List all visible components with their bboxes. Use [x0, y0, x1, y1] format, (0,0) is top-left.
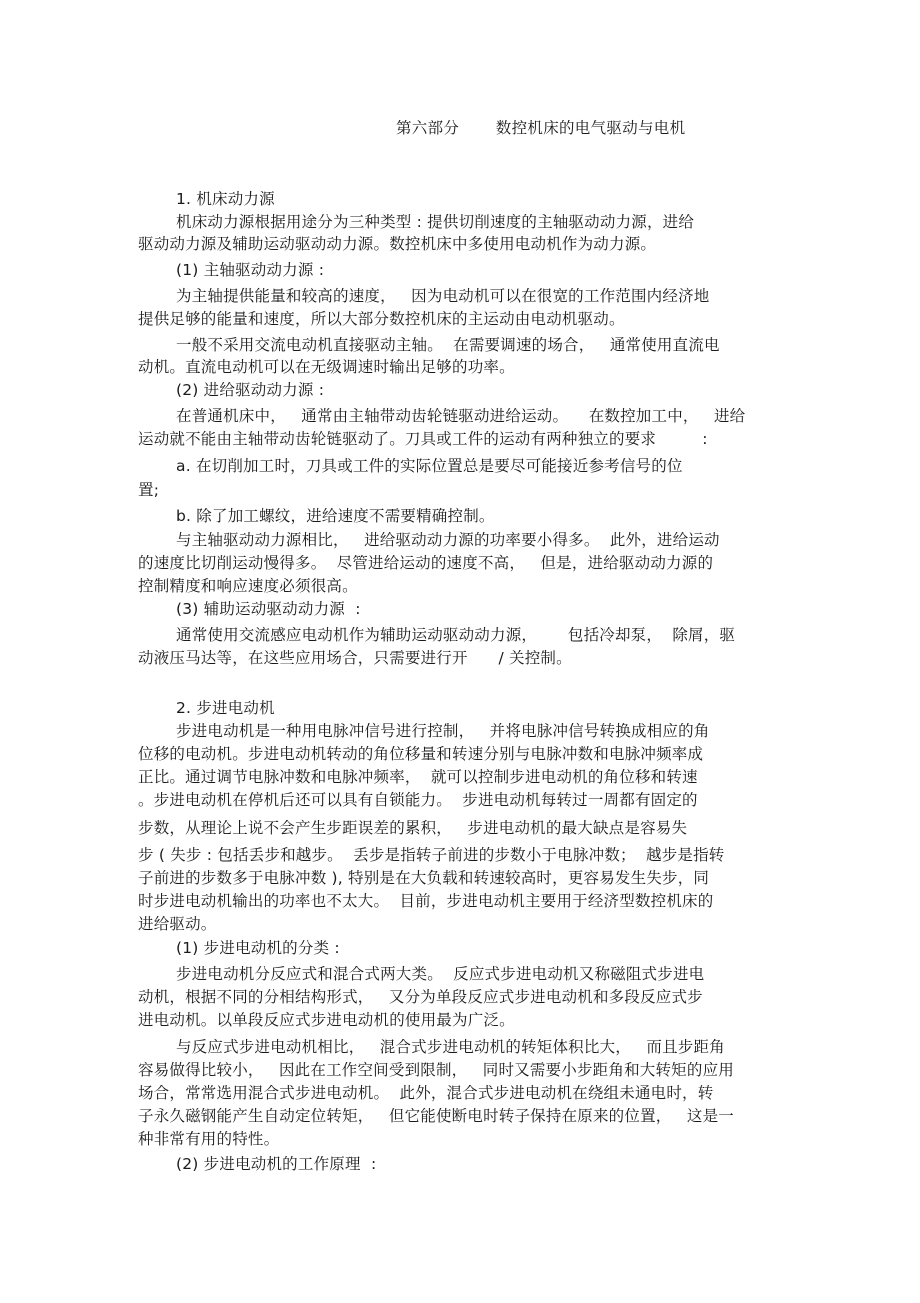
text-line: 正比。通过调节电脉冲数和电脉冲频率， 就可以控制步进电动机的角位移和转速 — [138, 767, 698, 787]
text-line: 。步进电动机在停机后还可以具有自锁能力。 步进电动机每转过一周都有固定的 — [138, 790, 698, 810]
text-line: 场合，常常选用混合式步进电动机。 此外，混合式步进电动机在绕组未通电时，转 — [138, 1083, 713, 1103]
text-line: (2) 步进电动机的工作原理 : — [176, 1154, 376, 1174]
text-line: 2. 步进电动机 — [176, 698, 275, 718]
text-line: 时步进电动机输出的功率也不太大。 目前，步进电动机主要用于经济型数控机床的 — [138, 891, 713, 911]
text-line: (3) 辅助运动驱动动力源 : — [176, 599, 361, 619]
text-line: 与反应式步进电动机相比， 混合式步进电动机的转矩体积比大， 而且步距角 — [176, 1037, 725, 1057]
text-line: 1. 机床动力源 — [176, 189, 275, 209]
text-line: 机床动力源根据用途分为三种类型 : 提供切削速度的主轴驱动动力源，进给 — [176, 212, 694, 232]
text-line: 动机，根据不同的分相结构形式， 又分为单段反应式步进电动机和多段反应式步 — [138, 987, 703, 1007]
text-line: 动液压马达等，在这些应用场合，只需要进行开 / 关控制。 — [138, 648, 572, 668]
text-line: a. 在切削加工时，刀具或工件的实际位置总是要尽可能接近参考信号的位 — [176, 456, 683, 476]
text-line: 运动就不能由主轴带动齿轮链驱动了。刀具或工件的运动有两种独立的要求 : — [138, 429, 708, 449]
text-line: 进电动机。以单段反应式步进电动机的使用最为广泛。 — [138, 1010, 515, 1030]
text-line: 容易做得比较小， 因此在工作空间受到限制， 同时又需要小步距角和大转矩的应用 — [138, 1060, 734, 1080]
document-page: 第六部分 数控机床的电气驱动与电机 1. 机床动力源机床动力源根据用途分为三种类… — [0, 0, 920, 1303]
text-line: 步进电动机是一种用电脉冲信号进行控制， 并将电脉冲信号转换成相应的角 — [176, 721, 709, 741]
text-line: 进给驱动。 — [138, 914, 217, 934]
text-line: 位移的电动机。步进电动机转动的角位移量和转速分别与电脉冲数和电脉冲频率成 — [138, 744, 703, 764]
text-line: 与主轴驱动动力源相比， 进给驱动动力源的功率要小得多。 此外，进给运动 — [176, 530, 720, 550]
text-line: 步进电动机分反应式和混合式两大类。 反应式步进电动机又称磁阻式步进电 — [176, 964, 704, 984]
text-line: 步 ( 失步 : 包括丢步和越步。 丢步是指转子前进的步数小于电脉冲数； 越步是… — [138, 845, 725, 865]
page-title: 第六部分 数控机床的电气驱动与电机 — [396, 116, 685, 138]
text-line: 动机。直流电动机可以在无级调速时输出足够的功率。 — [138, 357, 515, 377]
text-line: 步数，从理论上说不会产生步距误差的累积， 步进电动机的最大缺点是容易失 — [138, 818, 687, 838]
text-line: 控制精度和响应速度必须很高。 — [138, 576, 358, 596]
text-line: 子前进的步数多于电脉冲数 ), 特别是在大负载和转速较高时，更容易发生失步，同 — [138, 868, 709, 888]
text-line: 驱动动力源及辅助运动驱动动力源。数控机床中多使用电动机作为动力源。 — [138, 234, 656, 254]
text-line: (1) 主轴驱动动力源 : — [176, 260, 324, 280]
text-line: 在普通机床中， 通常由主轴带动齿轮链驱动进给运动。 在数控加工中， 进给 — [176, 406, 745, 426]
text-line: 的速度比切削运动慢得多。 尽管进给运动的速度不高， 但是，进给驱动动力源的 — [138, 553, 713, 573]
text-line: (2) 进给驱动动力源 : — [176, 380, 324, 400]
text-line: 种非常有用的特性。 — [138, 1129, 279, 1149]
text-line: b. 除了加工螺纹，进给速度不需要精确控制。 — [176, 506, 495, 526]
text-line: 提供足够的能量和速度，所以大部分数控机床的主运动由电动机驱动。 — [138, 309, 625, 329]
text-line: 子永久磁钢能产生自动定位转矩， 但它能使断电时转子保持在原来的位置， 这是一 — [138, 1106, 734, 1126]
text-line: 通常使用交流感应电动机作为辅助运动驱动动力源， 包括冷却泵， 除屑，驱 — [176, 625, 735, 645]
text-line: 为主轴提供能量和较高的速度， 因为电动机可以在很宽的工作范围内经济地 — [176, 286, 709, 306]
text-line: 置; — [138, 480, 159, 500]
text-line: (1) 步进电动机的分类 : — [176, 938, 340, 958]
text-line: 一般不采用交流电动机直接驱动主轴。 在需要调速的场合， 通常使用直流电 — [176, 335, 720, 355]
